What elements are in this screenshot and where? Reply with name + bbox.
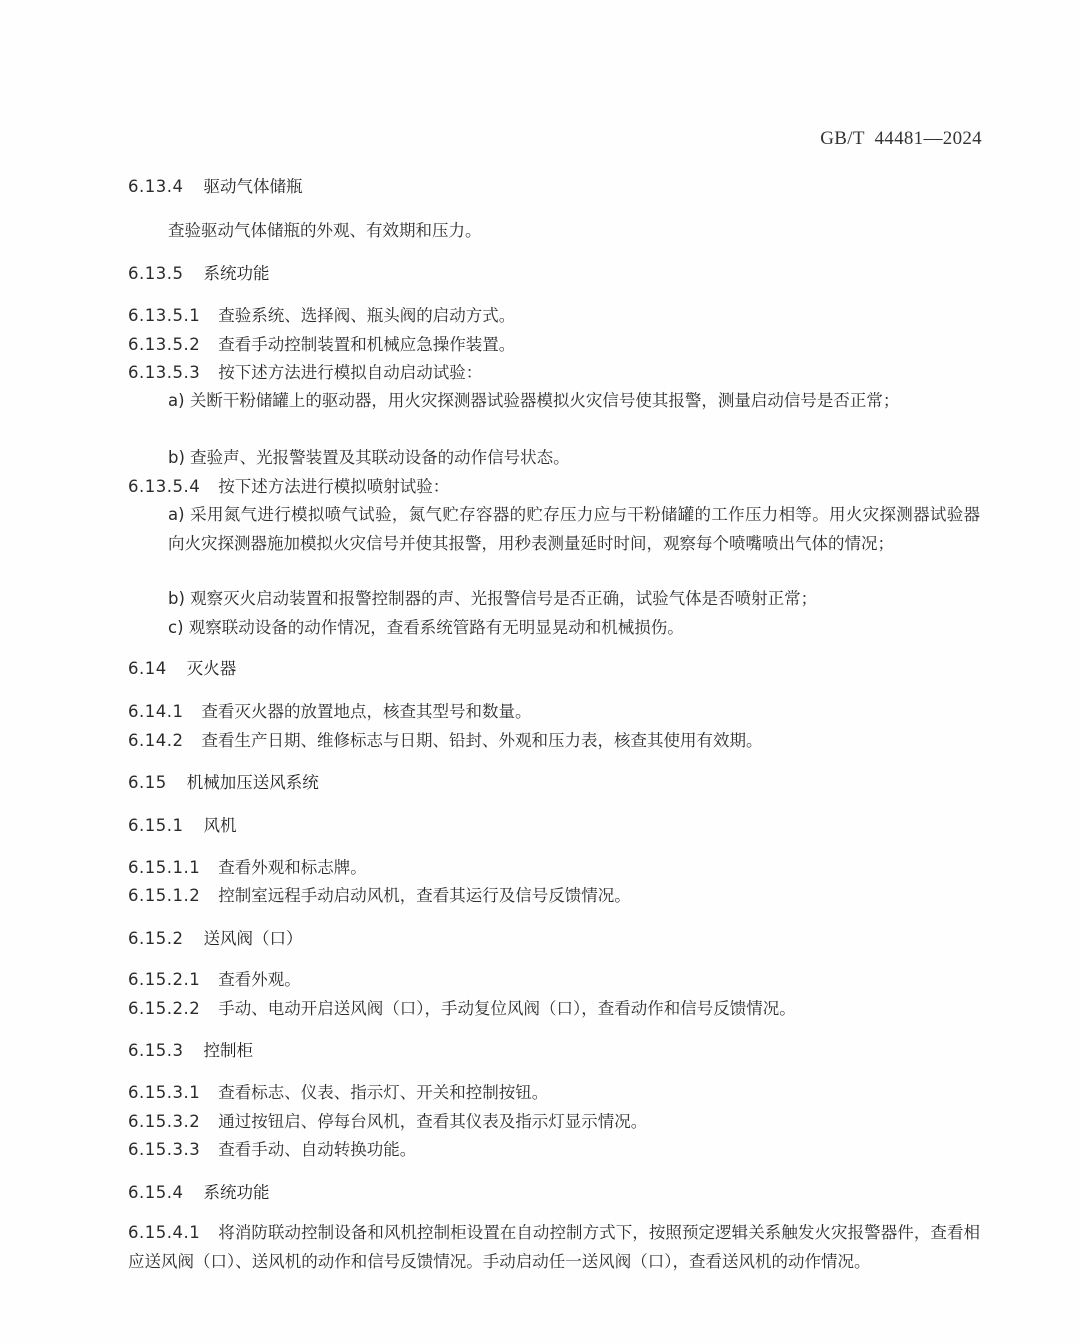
clause-text: 查看外观。 <box>218 970 301 989</box>
list-item-6-13-5-3-b: b) 查验声、光报警装置及其联动设备的动作信号状态。 <box>168 447 570 469</box>
clause-6-13-5-1: 6.13.5.1查验系统、选择阀、瓶头阀的启动方式。 <box>128 305 515 327</box>
heading-title: 风机 <box>203 816 236 835</box>
clause-6-14-2: 6.14.2查看生产日期、维修标志与日期、铅封、外观和压力表，核查其使用有效期。 <box>128 730 762 752</box>
list-text: 观察灭火启动装置和报警控制器的声、光报警信号是否正确，试验气体是否喷射正常； <box>190 589 817 608</box>
heading-title: 灭火器 <box>187 659 237 678</box>
list-text: 关断干粉储罐上的驱动器，用火灾探测器试验器模拟火灾信号使其报警，测量启动信号是否… <box>190 391 900 410</box>
clause-number: 6.14 <box>128 658 167 680</box>
clause-6-15-3-2: 6.15.3.2通过按钮启、停每台风机，查看其仪表及指示灯显示情况。 <box>128 1111 647 1133</box>
clause-text: 查看手动控制装置和机械应急操作装置。 <box>218 335 515 354</box>
clause-number: 6.15.2.1 <box>128 969 200 991</box>
heading-6-15-3: 6.15.3控制柜 <box>128 1040 253 1062</box>
clause-number: 6.13.5.4 <box>128 476 200 498</box>
list-text: 查验声、光报警装置及其联动设备的动作信号状态。 <box>190 448 570 467</box>
clause-6-13-5-4: 6.13.5.4按下述方法进行模拟喷射试验： <box>128 476 449 498</box>
clause-number: 6.15.3.3 <box>128 1139 200 1161</box>
clause-number: 6.13.5.1 <box>128 305 200 327</box>
clause-text: 查看生产日期、维修标志与日期、铅封、外观和压力表，核查其使用有效期。 <box>201 731 762 750</box>
clause-text: 通过按钮启、停每台风机，查看其仪表及指示灯显示情况。 <box>218 1112 647 1131</box>
clause-number: 6.15.3 <box>128 1040 183 1062</box>
clause-6-13-5-3: 6.13.5.3按下述方法进行模拟自动启动试验： <box>128 362 482 384</box>
clause-6-15-4-1: 6.15.4.1将消防联动控制设备和风机控制柜设置在自动控制方式下，按照预定逻辑… <box>128 1218 980 1276</box>
heading-6-15-4: 6.15.4系统功能 <box>128 1182 269 1204</box>
list-text: 观察联动设备的动作情况，查看系统管路有无明显晃动和机械损伤。 <box>189 618 684 637</box>
list-label: b) <box>168 448 185 467</box>
list-text: 采用氮气进行模拟喷气试验，氮气贮存容器的贮存压力应与干粉储罐的工作压力相等。用火… <box>168 505 980 553</box>
list-item-6-13-5-4-b: b) 观察灭火启动装置和报警控制器的声、光报警信号是否正确，试验气体是否喷射正常… <box>168 588 817 610</box>
clause-text: 查看标志、仪表、指示灯、开关和控制按钮。 <box>218 1083 548 1102</box>
clause-number: 6.15.3.2 <box>128 1111 200 1133</box>
clause-number: 6.15 <box>128 772 167 794</box>
clause-number: 6.14.1 <box>128 701 183 723</box>
clause-text: 查验系统、选择阀、瓶头阀的启动方式。 <box>218 306 515 325</box>
clause-text: 控制室远程手动启动风机，查看其运行及信号反馈情况。 <box>218 886 631 905</box>
heading-title: 系统功能 <box>203 1183 269 1202</box>
clause-number: 6.15.3.1 <box>128 1082 200 1104</box>
list-label: c) <box>168 618 184 637</box>
clause-6-15-1-2: 6.15.1.2控制室远程手动启动风机，查看其运行及信号反馈情况。 <box>128 885 631 907</box>
standard-code: GB/T 44481—2024 <box>820 128 982 150</box>
heading-title: 送风阀（口） <box>203 929 302 948</box>
list-item-6-13-5-3-a: a) 关断干粉储罐上的驱动器，用火灾探测器试验器模拟火灾信号使其报警，测量启动信… <box>128 386 980 415</box>
heading-6-15-2: 6.15.2送风阀（口） <box>128 928 302 950</box>
list-item-6-13-5-4-c: c) 观察联动设备的动作情况，查看系统管路有无明显晃动和机械损伤。 <box>168 617 684 639</box>
clause-number: 6.15.4.1 <box>128 1218 200 1247</box>
heading-6-13-5: 6.13.5系统功能 <box>128 263 269 285</box>
heading-6-14: 6.14灭火器 <box>128 658 236 680</box>
clause-text: 将消防联动控制设备和风机控制柜设置在自动控制方式下，按照预定逻辑关系触发火灾报警… <box>128 1223 980 1271</box>
clause-number: 6.13.5.3 <box>128 362 200 384</box>
clause-number: 6.13.5.2 <box>128 334 200 356</box>
clause-6-15-3-3: 6.15.3.3查看手动、自动转换功能。 <box>128 1139 416 1161</box>
clause-number: 6.13.5 <box>128 263 183 285</box>
clause-6-15-3-1: 6.15.3.1查看标志、仪表、指示灯、开关和控制按钮。 <box>128 1082 548 1104</box>
clause-6-15-2-1: 6.15.2.1查看外观。 <box>128 969 301 991</box>
heading-title: 机械加压送风系统 <box>187 773 319 792</box>
list-label: a) <box>168 391 185 410</box>
clause-text: 按下述方法进行模拟喷射试验： <box>218 477 449 496</box>
clause-6-14-1: 6.14.1查看灭火器的放置地点，核查其型号和数量。 <box>128 701 531 723</box>
clause-6-13-5-2: 6.13.5.2查看手动控制装置和机械应急操作装置。 <box>128 334 515 356</box>
clause-text: 手动、电动开启送风阀（口），手动复位风阀（口），查看动作和信号反馈情况。 <box>218 999 796 1018</box>
heading-title: 驱动气体储瓶 <box>203 177 302 196</box>
clause-number: 6.15.1 <box>128 815 183 837</box>
clause-number: 6.15.4 <box>128 1182 183 1204</box>
clause-6-15-1-1: 6.15.1.1查看外观和标志牌。 <box>128 857 367 879</box>
list-item-6-13-5-4-a: a) 采用氮气进行模拟喷气试验，氮气贮存容器的贮存压力应与干粉储罐的工作压力相等… <box>128 500 980 558</box>
clause-number: 6.15.1.2 <box>128 885 200 907</box>
clause-number: 6.13.4 <box>128 176 183 198</box>
clause-text: 查看手动、自动转换功能。 <box>218 1140 416 1159</box>
heading-6-13-4: 6.13.4驱动气体储瓶 <box>128 176 302 198</box>
clause-text: 查看灭火器的放置地点，核查其型号和数量。 <box>201 702 531 721</box>
heading-title: 系统功能 <box>203 264 269 283</box>
clause-number: 6.15.2.2 <box>128 998 200 1020</box>
clause-text: 按下述方法进行模拟自动启动试验： <box>218 363 482 382</box>
heading-6-15: 6.15机械加压送风系统 <box>128 772 319 794</box>
list-label: b) <box>168 589 185 608</box>
heading-6-15-1: 6.15.1风机 <box>128 815 236 837</box>
list-label: a) <box>168 505 185 524</box>
body-6-13-4: 查验驱动气体储瓶的外观、有效期和压力。 <box>168 220 482 242</box>
clause-number: 6.14.2 <box>128 730 183 752</box>
clause-text: 查看外观和标志牌。 <box>218 858 367 877</box>
clause-number: 6.15.2 <box>128 928 183 950</box>
document-page: GB/T 44481—2024 6.13.4驱动气体储瓶 查验驱动气体储瓶的外观… <box>0 0 1080 1343</box>
heading-title: 控制柜 <box>203 1041 253 1060</box>
clause-number: 6.15.1.1 <box>128 857 200 879</box>
clause-6-15-2-2: 6.15.2.2手动、电动开启送风阀（口），手动复位风阀（口），查看动作和信号反… <box>128 998 796 1020</box>
